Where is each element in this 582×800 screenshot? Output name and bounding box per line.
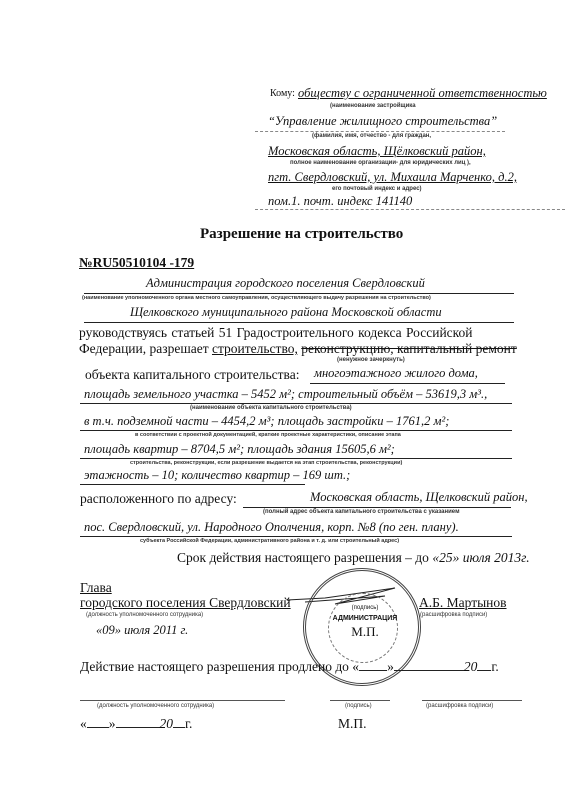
extension-statement: Действие настоящего разрешения продлено … (80, 659, 499, 675)
address-line-1: Московская область, Щелковский район, (310, 490, 528, 505)
extension-name-line (422, 700, 522, 701)
object-name: многоэтажного жилого дома, (314, 366, 478, 381)
object-caption-3: в соответствии с проектной документацией… (135, 432, 401, 438)
signer-position-line-1: Глава (80, 580, 112, 596)
signer-name-caption: (расшифровка подписи) (420, 612, 487, 618)
federation-text: Федерации, разрешает строительство, реко… (79, 341, 517, 357)
address-label: расположенного по адресу: (80, 491, 237, 507)
address-line-2: пос. Свердловский, ул. Народного Ополчен… (84, 520, 459, 535)
seal-signature-caption: (подпись) (306, 605, 424, 611)
address-caption-1: (полный адрес объекта капитального строи… (263, 509, 460, 515)
extension-date-close: » (109, 716, 116, 731)
extension-position-line (80, 700, 285, 701)
recipient-line-5: пом.1. почт. индекс 141140 (268, 194, 412, 209)
object-underline-4 (80, 458, 512, 459)
signer-position-caption: (должность уполномоченного сотрудника) (86, 612, 203, 618)
recipient-underline-2 (255, 131, 505, 132)
extension-position-caption: (должность уполномоченного сотрудника) (97, 703, 214, 709)
object-caption-2: (наименование объекта капитального строи… (190, 405, 352, 411)
extension-day-blank[interactable] (359, 670, 387, 671)
permit-number: №RU50510104 -179 (79, 255, 194, 271)
extension-g: г. (491, 659, 498, 674)
extension-signature-line (330, 700, 390, 701)
recipient-caption-4: его почтовый индекс и адрес) (332, 186, 422, 192)
struck-work-types: реконструкцию, капитальный ремонт (301, 341, 517, 356)
recipient-to-label: Кому: (270, 88, 295, 99)
recipient-underline-5 (255, 209, 565, 210)
authority-caption: (наименование уполномоченного органа мес… (82, 295, 431, 301)
legal-basis-text: руководствуясь статьей 51 Градостроитель… (79, 325, 473, 341)
allowed-work-type: строительство, (212, 341, 298, 356)
recipient-caption-3: полное наименование организации- для юри… (290, 160, 471, 166)
address-caption-2: субъекта Российской Федерации, администр… (140, 538, 399, 544)
extension-month-blank[interactable] (394, 670, 464, 671)
extension-quote-close: » (387, 659, 394, 674)
address-underline-1 (243, 507, 511, 508)
object-line-4: площадь квартир – 8704,5 м²; площадь зда… (84, 442, 395, 457)
extension-date-month-blank[interactable] (116, 727, 160, 728)
object-underline-3 (80, 430, 512, 431)
extension-name-caption: (расшифровка подписи) (426, 703, 493, 709)
extension-date-year-blank[interactable] (173, 727, 185, 728)
extension-year-prefix: 20 (464, 659, 478, 674)
extension-date-day-blank[interactable] (87, 727, 109, 728)
recipient-caption-2: (фамилия, имя, отчество - для граждан, (312, 133, 431, 139)
seal-center-label: АДМИНИСТРАЦИЯ (306, 615, 424, 622)
strike-caption: (ненужное зачеркнуть) (337, 357, 405, 363)
extension-date-open: « (80, 716, 87, 731)
extension-signature-caption: (подпись) (345, 703, 372, 709)
extension-year-blank[interactable] (477, 670, 491, 671)
page-title: Разрешение на строительство (200, 226, 403, 243)
authority-underline-2 (84, 322, 514, 323)
validity-statement: Срок действия настоящего разрешения – до… (177, 550, 530, 566)
object-underline-5 (80, 484, 305, 485)
authority-underline-1 (84, 293, 514, 294)
seal-mp: М.П. (306, 624, 424, 640)
authority-line-1: Администрация городского поселения Сверд… (146, 276, 425, 291)
extension-date-year: 20 (160, 716, 174, 731)
object-line-3: в т.ч. подземной части – 4454,2 м³; площ… (84, 414, 449, 429)
federation-prefix: Федерации, разрешает (79, 341, 209, 356)
recipient-line-2: “Управление жилищного строительства” (268, 114, 497, 129)
object-line-5: этажность – 10; количество квартир – 169… (84, 468, 350, 483)
signer-position-line-2: городского поселения Свердловский (80, 595, 291, 611)
validity-text: Срок действия настоящего разрешения – до (177, 550, 429, 565)
address-underline-2 (80, 536, 512, 537)
extension-date-g: г. (185, 716, 192, 731)
validity-date: «25» июля 2013г. (432, 550, 529, 565)
recipient-caption-1: (наименование застройщика (330, 103, 416, 109)
object-caption-4: строительства, реконструкции, если разре… (130, 460, 402, 466)
object-name-underline (310, 383, 505, 384)
recipient-line-1: обществу с ограниченной ответственностью (298, 86, 547, 101)
recipient-line-4: пгт. Свердловский, ул. Михаила Марченко,… (268, 170, 517, 185)
authority-line-2: Щелковского муниципального района Москов… (130, 305, 442, 320)
extension-text: Действие настоящего разрешения продлено … (80, 659, 359, 674)
recipient-line-3: Московская область, Щёлковский район, (268, 144, 486, 159)
extension-date: «»20г. (80, 716, 192, 732)
object-line-2: площадь земельного участка – 5452 м²; ст… (84, 387, 487, 402)
object-label: объекта капитального строительства: (85, 367, 299, 383)
extension-mp: М.П. (338, 716, 367, 732)
signer-name: А.Б. Мартынов (419, 595, 507, 611)
object-underline-2 (80, 403, 512, 404)
signature-date: «09» июля 2011 г. (96, 623, 188, 638)
